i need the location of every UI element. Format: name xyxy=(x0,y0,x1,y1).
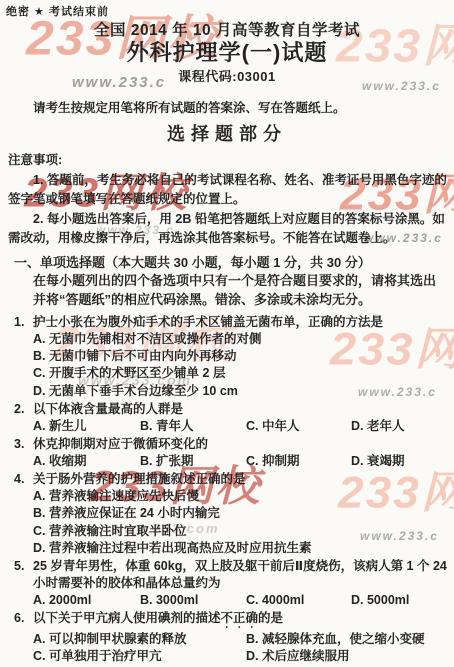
question-stem: 以下关于甲亢病人使用碘剂的描述不正确的是 xyxy=(33,611,283,625)
question-2: 2. 以下体液含量最高的人群是 A. 新生儿 B. 青年人 C. 中年人 D. … xyxy=(0,401,454,435)
question-6: 6. 以下关于甲亢病人使用碘剂的描述不正确的是 A. 可以抑制甲状腺素的释放 B… xyxy=(0,610,454,665)
option-b: B. 无菌巾铺下后不可由内向外再移动 xyxy=(33,348,448,365)
option-group: A. 2000ml B. 3000ml C. 4000ml D. 5000ml xyxy=(33,592,448,609)
part-one-heading: 一、单项选择题（本大题共 30 小题，每小题 1 分，共 30 分） xyxy=(14,254,448,271)
option-a: A. 2000ml xyxy=(33,592,140,609)
question-number: 2. xyxy=(14,401,24,418)
course-code: 课程代码:03001 xyxy=(0,68,454,85)
option-c: C. 4000ml xyxy=(246,592,351,609)
page-title: 外科护理学(一)试题 xyxy=(0,44,454,61)
exam-paper-page: 233网校 www.233.c 233网校 www.233.c 233网校 ww… xyxy=(0,0,454,667)
question-3: 3. 休克抑制期对应于微循环变化的 A. 收缩期 B. 扩张期 C. 抑制期 D… xyxy=(0,436,454,470)
option-d: D. 术后应继续服用 xyxy=(246,648,448,665)
option-a: A. 可以抑制甲状腺素的释放 xyxy=(33,631,246,648)
question-number: 6. xyxy=(14,610,24,627)
option-c: C. 中年人 xyxy=(246,418,351,435)
stem-text: 的是 xyxy=(258,611,283,625)
option-a: A. 无菌巾先铺相对不洁区或操作者的对侧 xyxy=(33,331,448,348)
question-4: 4. 关于肠外营养的护理措施叙述正确的是 A. 营养液输注速度应先快后慢 B. … xyxy=(0,471,454,557)
note-item: 2. 每小题选出答案后，用 2B 铅笔把答题纸上对应题目的答案标号涂黑。如需改动… xyxy=(8,210,450,247)
option-d: D. 无菌单下垂手术台边缘至少 10 cm xyxy=(33,383,448,400)
notes-heading: 注意事项: xyxy=(8,152,454,169)
option-c: C. 营养液输注时宜取半卧位 xyxy=(33,523,448,540)
question-1: 1. 护士小张在为腹外疝手术的手术区铺盖无菌布单，正确的方法是 A. 无菌巾先铺… xyxy=(0,314,454,400)
question-number: 1. xyxy=(14,314,24,331)
option-group: A. 新生儿 B. 青年人 C. 中年人 D. 老年人 xyxy=(33,418,448,435)
question-stem: 以下体液含量最高的人群是 xyxy=(33,402,183,416)
option-c: C. 抑制期 xyxy=(246,453,351,470)
option-b: B. 青年人 xyxy=(140,418,246,435)
option-a: A. 新生儿 xyxy=(33,418,140,435)
stem-emphasized-text: 不正确 xyxy=(221,611,259,625)
option-c: C. 可单独用于治疗甲亢 xyxy=(33,648,246,665)
option-a: A. 收缩期 xyxy=(33,453,140,470)
question-number: 5. xyxy=(14,558,24,575)
section-title: 选择题部分 xyxy=(0,126,454,143)
option-group: A. 无菌巾先铺相对不洁区或操作者的对侧 B. 无菌巾铺下后不可由内向外再移动 … xyxy=(33,331,448,400)
option-d: D. 老年人 xyxy=(351,418,448,435)
question-number: 3. xyxy=(14,436,24,453)
question-stem: 护士小张在为腹外疝手术的手术区铺盖无菌布单，正确的方法是 xyxy=(33,315,383,329)
option-b: B. 营养液应保证在 24 小时内输完 xyxy=(33,505,448,522)
question-stem: 25 岁青年男性，体重 60kg，双上肢及躯干前后Ⅱ度烧伤，该病人第 1 个 2… xyxy=(33,559,447,590)
part-one-instructions: 在每小题列出的四个备选项中只有一个是符合题目要求的，请将其选出并将“答题纸”的相… xyxy=(33,272,446,309)
option-c: C. 开腹手术的术野区至少铺单 2 层 xyxy=(33,365,448,382)
option-a: A. 营养液输注速度应先快后慢 xyxy=(33,488,448,505)
stem-text: 以下关于甲亢病人使用碘剂的描述 xyxy=(33,611,221,625)
question-5: 5. 25 岁青年男性，体重 60kg，双上肢及躯干前后Ⅱ度烧伤，该病人第 1 … xyxy=(0,558,454,609)
option-d: D. 5000ml xyxy=(351,592,448,609)
classification-header: 绝密 ★ 考试结束前 xyxy=(6,4,109,21)
option-group: A. 收缩期 B. 扩张期 C. 抑制期 D. 衰竭期 xyxy=(33,453,448,470)
question-stem: 关于肠外营养的护理措施叙述正确的是 xyxy=(33,472,246,486)
answer-sheet-notice: 请考生按规定用笔将所有试题的答案涂、写在答题纸上。 xyxy=(8,100,448,117)
option-d: D. 营养液输注过程中若出现高热应及时应用抗生素 xyxy=(33,540,448,557)
option-b: B. 3000ml xyxy=(140,592,246,609)
question-list: 1. 护士小张在为腹外疝手术的手术区铺盖无菌布单，正确的方法是 A. 无菌巾先铺… xyxy=(0,314,454,666)
option-d: D. 衰竭期 xyxy=(351,453,448,470)
option-group: A. 可以抑制甲状腺素的释放 B. 减轻腺体充血，使之缩小变硬 C. 可单独用于… xyxy=(33,631,448,665)
option-b: B. 扩张期 xyxy=(140,453,246,470)
note-item: 1. 答题前，考生务必将自己的考试课程名称、姓名、准考证号用黑色字迹的签字笔或钢… xyxy=(8,171,450,208)
question-stem: 休克抑制期对应于微循环变化的 xyxy=(33,437,208,451)
option-group: A. 营养液输注速度应先快后慢 B. 营养液应保证在 24 小时内输完 C. 营… xyxy=(33,488,448,557)
question-number: 4. xyxy=(14,471,24,488)
option-b: B. 减轻腺体充血，使之缩小变硬 xyxy=(246,631,448,648)
